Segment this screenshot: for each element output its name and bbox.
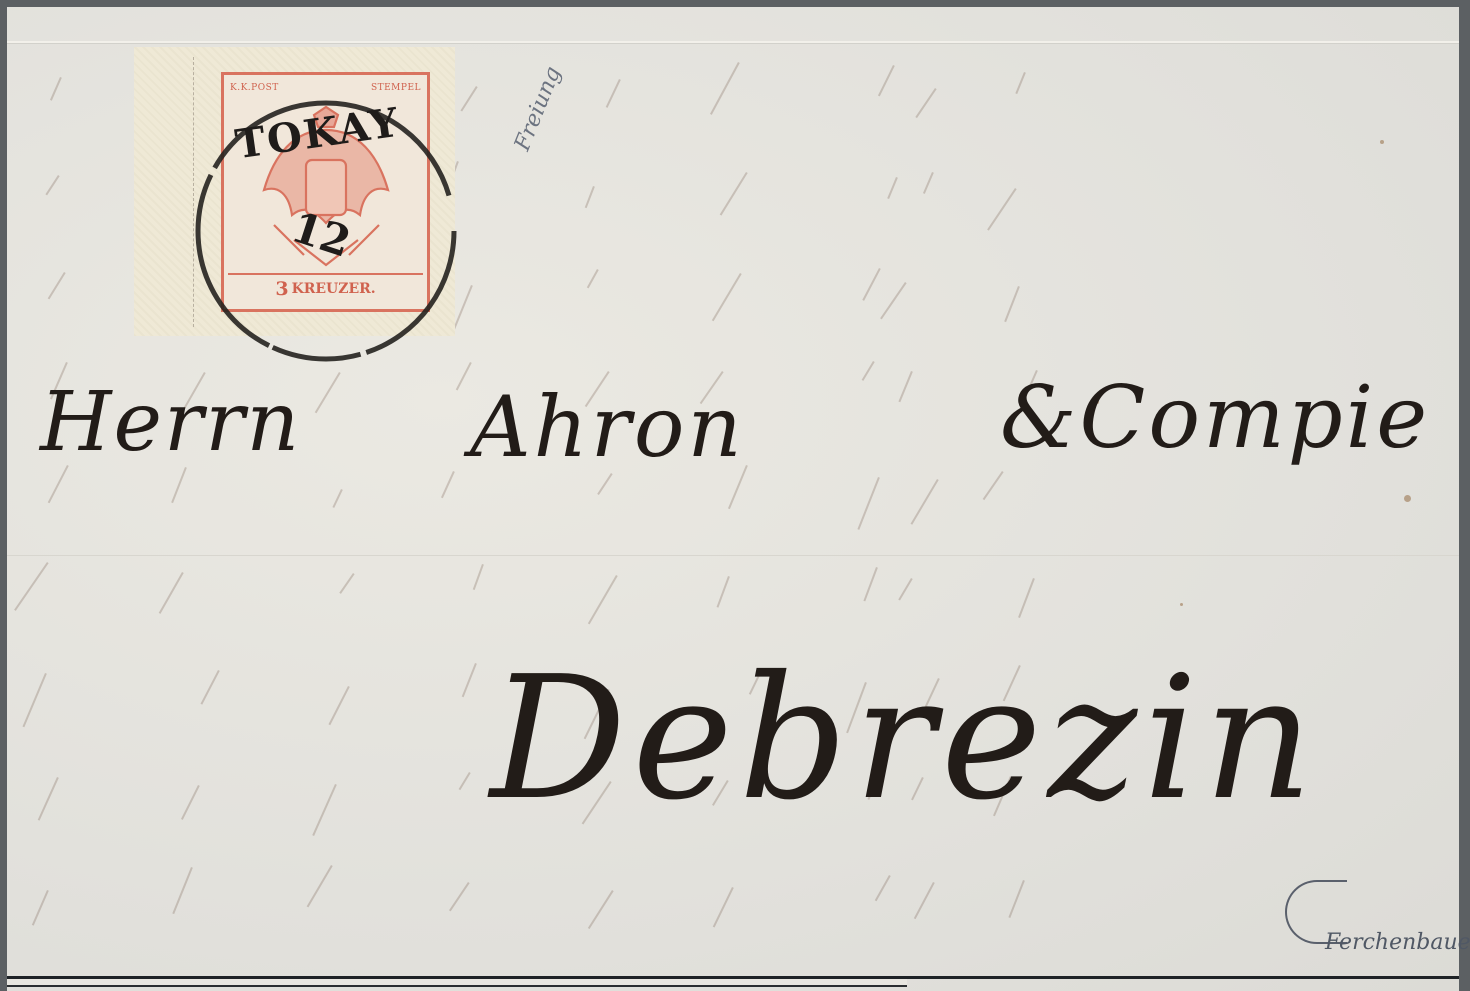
address-salutation: Herrn: [40, 375, 301, 470]
stamp-top-text: K.K.POST STEMPEL: [230, 83, 421, 93]
stamp-text-left: K.K.POST: [230, 83, 279, 93]
address-city: Debrezin: [490, 640, 1319, 838]
middle-fold-line: [7, 555, 1459, 556]
stamp-text-right: STEMPEL: [371, 83, 421, 93]
address-name: Ahron: [470, 378, 745, 476]
address-company: &Compie: [1000, 368, 1430, 468]
cover-bottom-flap: [7, 979, 907, 987]
expert-signature: Ferchenbauer: [1325, 930, 1470, 955]
top-fold-line: [7, 41, 1459, 44]
